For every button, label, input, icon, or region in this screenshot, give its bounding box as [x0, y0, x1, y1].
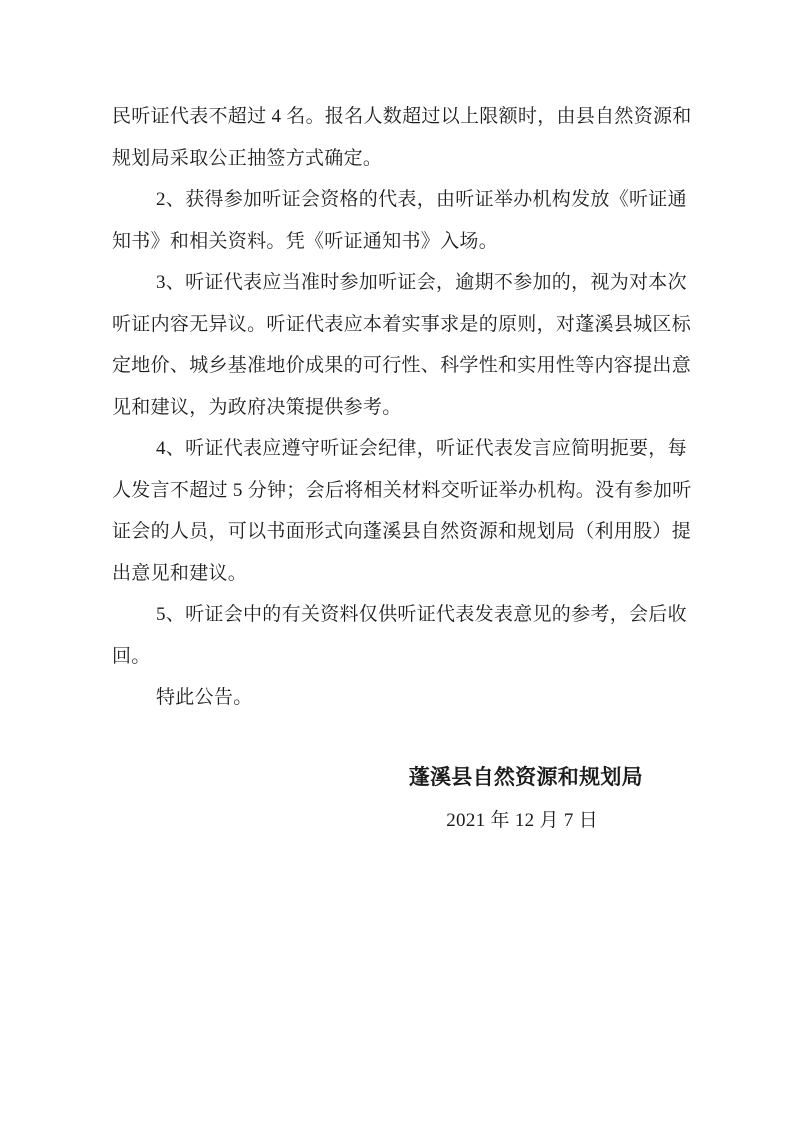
body-text-line: 5、听证会中的有关资料仅供听证代表发表意见的参考，会后收: [112, 594, 681, 636]
body-text-line: 听证内容无异议。听证代表应本着实事求是的原则，对蓬溪县城区标: [112, 304, 681, 346]
body-text-line: 证会的人员，可以书面形式向蓬溪县自然资源和规划局（利用股）提: [112, 511, 681, 553]
body-text-line: 3、听证代表应当准时参加听证会，逾期不参加的，视为对本次: [112, 262, 681, 304]
body-text-line: 回。: [112, 636, 681, 678]
body-text-line: 2、获得参加听证会资格的代表，由听证举办机构发放《听证通: [112, 179, 681, 221]
body-text-line: 规划局采取公正抽签方式确定。: [112, 138, 681, 180]
body-text-line: 出意见和建议。: [112, 553, 681, 595]
announcement-body: 民听证代表不超过 4 名。报名人数超过以上限额时，由县自然资源和规划局采取公正抽…: [0, 0, 793, 719]
issue-date: 2021 年 12 月 7 日: [0, 799, 793, 843]
body-text-line: 民听证代表不超过 4 名。报名人数超过以上限额时，由县自然资源和: [112, 96, 681, 138]
issuer-signature: 蓬溪县自然资源和规划局: [0, 755, 793, 799]
document-page: 民听证代表不超过 4 名。报名人数超过以上限额时，由县自然资源和规划局采取公正抽…: [0, 0, 793, 1122]
body-text-line: 定地价、城乡基准地价成果的可行性、科学性和实用性等内容提出意: [112, 345, 681, 387]
body-text-line: 特此公告。: [112, 677, 681, 719]
body-text-line: 见和建议，为政府决策提供参考。: [112, 387, 681, 429]
body-text-line: 4、听证代表应遵守听证会纪律，听证代表发言应简明扼要，每: [112, 428, 681, 470]
body-text-line: 人发言不超过 5 分钟；会后将相关材料交听证举办机构。没有参加听: [112, 470, 681, 512]
body-text-line: 知书》和相关资料。凭《听证通知书》入场。: [112, 221, 681, 263]
